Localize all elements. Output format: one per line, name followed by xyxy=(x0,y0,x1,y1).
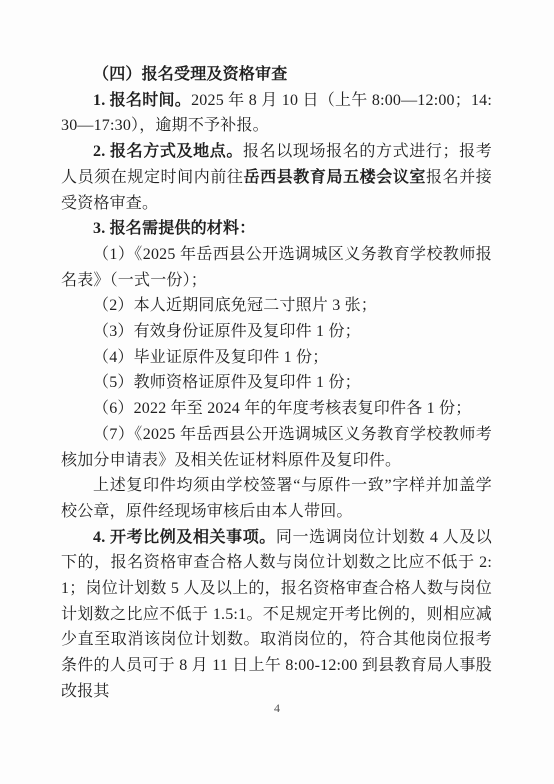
text-run: （4）毕业证原件及复印件 1 份； xyxy=(93,349,328,366)
page-number: 4 xyxy=(274,701,280,715)
bold-text-run: 2. 报名方式及地点。 xyxy=(93,143,243,160)
page-footer: 4 xyxy=(0,699,554,717)
bold-text-run: （四）报名受理及资格审查 xyxy=(93,66,287,83)
paragraph: （2）本人近期同底免冠二寸照片 3 张； xyxy=(61,293,492,319)
text-run: （5）教师资格证原件及复印件 1 份； xyxy=(93,374,361,391)
paragraph: 4. 开考比例及相关事项。同一选调岗位计划数 4 人及以下的，报名资格审查合格人… xyxy=(61,525,492,705)
paragraph: （4）毕业证原件及复印件 1 份； xyxy=(61,345,492,371)
section-heading: （四）报名受理及资格审查 xyxy=(61,62,492,88)
text-run: （1）《2025 年岳西县公开选调城区义务教育学校教师报名表》（一式一份）； xyxy=(61,246,492,289)
bold-text-run: 1. 报名时间。 xyxy=(93,92,191,109)
bold-text-run: 3. 报名需提供的材料： xyxy=(93,220,255,237)
text-run: （2）本人近期同底免冠二寸照片 3 张； xyxy=(93,297,377,314)
bold-text-run: 4. 开考比例及相关事项。 xyxy=(93,529,276,546)
bold-text-run: 岳西县教育局五楼会议室 xyxy=(244,169,427,186)
paragraph: （3）有效身份证原件及复印件 1 份； xyxy=(61,319,492,345)
paragraph: （7）《2025 年岳西县公开选调城区义务教育学校教师考核加分申请表》及相关佐证… xyxy=(61,422,492,473)
paragraph: 2. 报名方式及地点。报名以现场报名的方式进行；报考人员须在规定时间内前往岳西县… xyxy=(61,139,492,216)
paragraph: 1. 报名时间。2025 年 8 月 10 日（上午 8:00—12:00；14… xyxy=(61,88,492,139)
document-text-block: （四）报名受理及资格审查1. 报名时间。2025 年 8 月 10 日（上午 8… xyxy=(61,62,492,705)
paragraph: 3. 报名需提供的材料： xyxy=(61,216,492,242)
text-run: （3）有效身份证原件及复印件 1 份； xyxy=(93,323,361,340)
text-run: （6）2022 年至 2024 年的年度考核表复印件各 1 份； xyxy=(93,400,471,417)
text-run: （7）《2025 年岳西县公开选调城区义务教育学校教师考核加分申请表》及相关佐证… xyxy=(61,426,492,469)
paragraph: （5）教师资格证原件及复印件 1 份； xyxy=(61,370,492,396)
document-page: （四）报名受理及资格审查1. 报名时间。2025 年 8 月 10 日（上午 8… xyxy=(0,0,554,784)
paragraph: （1）《2025 年岳西县公开选调城区义务教育学校教师报名表》（一式一份）； xyxy=(61,242,492,293)
text-run: 上述复印件均须由学校签署“与原件一致”字样并加盖学校公章，原件经现场审核后由本人… xyxy=(61,477,492,520)
text-run: 同一选调岗位计划数 4 人及以下的，报名资格审查合格人数与岗位计划数之比应不低于… xyxy=(61,529,492,700)
paragraph: （6）2022 年至 2024 年的年度考核表复印件各 1 份； xyxy=(61,396,492,422)
paragraph: 上述复印件均须由学校签署“与原件一致”字样并加盖学校公章，原件经现场审核后由本人… xyxy=(61,473,492,524)
